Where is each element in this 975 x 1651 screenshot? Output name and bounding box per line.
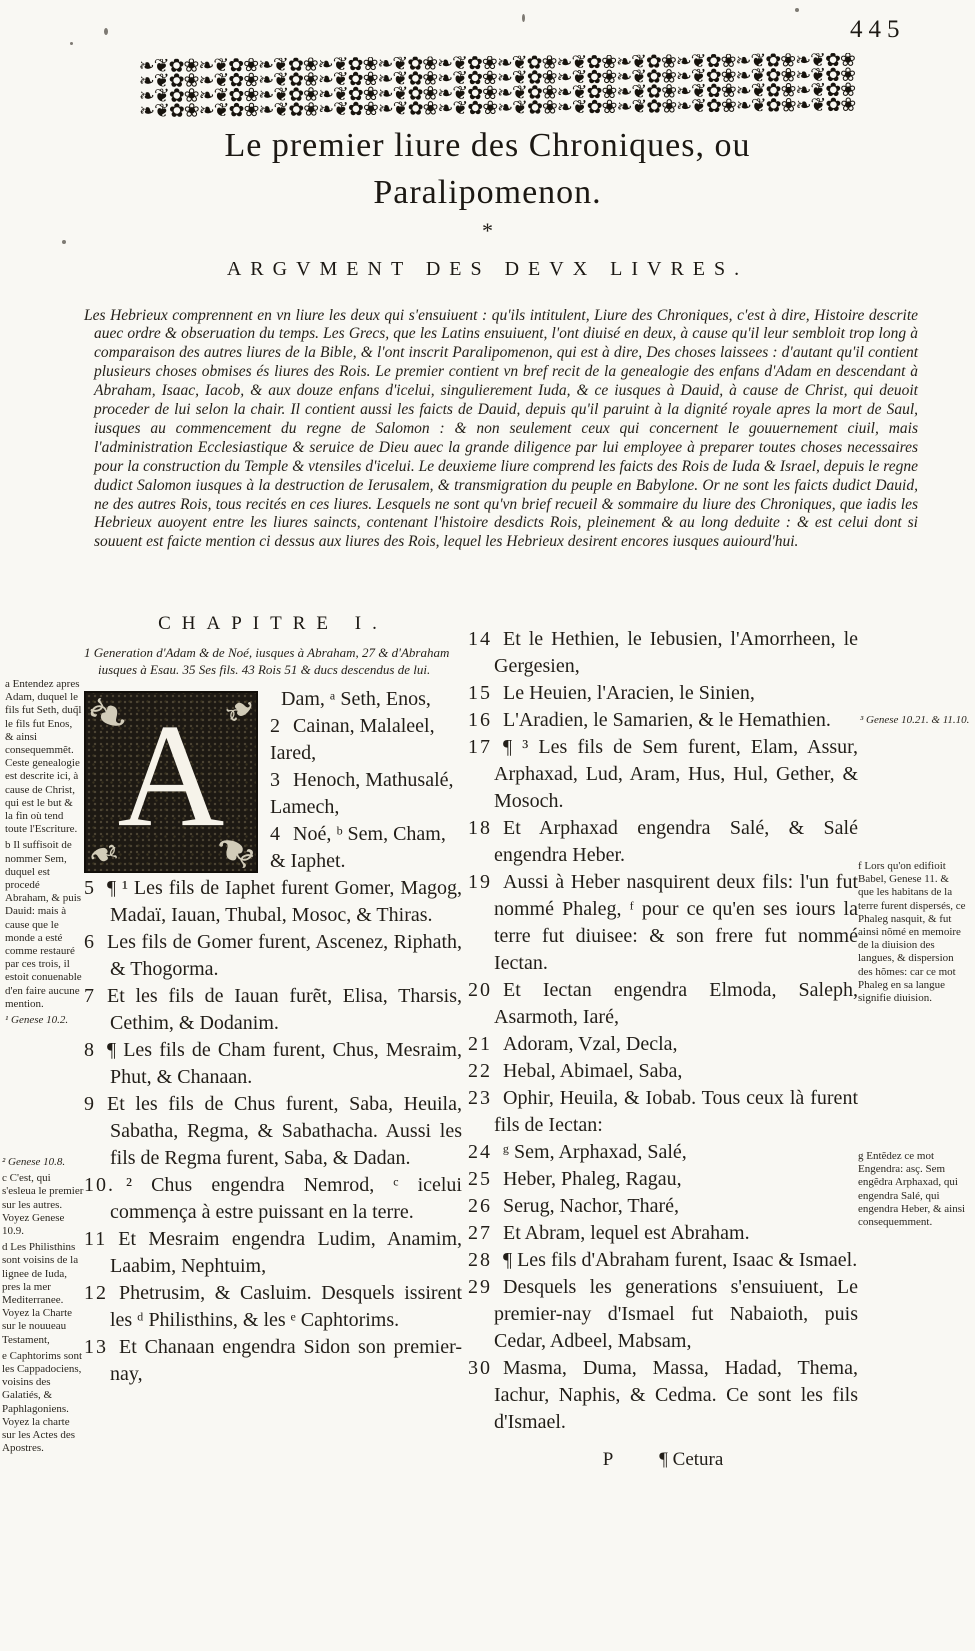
verse-number: 13: [84, 1336, 108, 1358]
right-margin-note-g: g Entẽdez ce mot Engendra: asç. Sem engẽ…: [858, 1150, 966, 1232]
verse-number: 6: [84, 931, 96, 953]
argument-heading: ARGVMENT DES DEVX LIVRES.: [0, 258, 975, 281]
scan-speck: [522, 14, 525, 22]
margin-note-c: c C'est, qui s'esleua le premier sur les…: [2, 1172, 84, 1238]
scan-speck: [70, 42, 73, 45]
verse: 21Adoram, Vzal, Decla,: [468, 1031, 858, 1058]
verse: 10.² Chus engendra Nemrod, ᶜ icelui comm…: [84, 1172, 462, 1226]
verse-text: Adoram, Vzal, Decla,: [503, 1033, 678, 1055]
verse-number: 29: [468, 1276, 492, 1298]
margin-ref-2: ² Genese 10.8.: [2, 1156, 84, 1169]
verse-number: 4: [270, 823, 282, 845]
verse: 7Et les fils de Iauan furẽt, Elisa, Thar…: [84, 983, 462, 1037]
margin-note-g: g Entẽdez ce mot Engendra: asç. Sem engẽ…: [858, 1150, 966, 1229]
verse: 14Et le Hethien, le Iebusien, l'Amorrhee…: [468, 626, 858, 680]
verse-text: Le Heuien, l'Aracien, le Sinien,: [503, 682, 755, 704]
verse-number: 16: [468, 709, 492, 731]
verse-text: Et Chanaan engendra Sidon son premier-na…: [110, 1336, 462, 1385]
verse-number: 5: [84, 877, 96, 899]
verse-number: 28: [468, 1249, 492, 1271]
chapter-summary: 1 Generation d'Adam & de Noé, iusques à …: [84, 645, 462, 678]
verse: 22Hebal, Abimael, Saba,: [468, 1058, 858, 1085]
verse: 23Ophir, Heuila, & Iobab. Tous ceux là f…: [468, 1085, 858, 1139]
margin-note-d: d Les Philisthins sont voisins de la lig…: [2, 1241, 84, 1347]
ornament-band: ❧❦✿❀❧❦✿❀❧❦✿❀❧❦✿❀❧❦✿❀❧❦✿❀❧❦✿❀❧❦✿❀❧❦✿❀❧❦✿❀…: [84, 52, 911, 121]
verse-text: ¶ Les fils d'Abraham furent, Isaac & Ism…: [503, 1249, 857, 1271]
ornament-row: ❧❦✿❀❧❦✿❀❧❦✿❀❧❦✿❀❧❦✿❀❧❦✿❀❧❦✿❀❧❦✿❀❧❦✿❀❧❦✿❀…: [84, 97, 910, 119]
verse: 9Et les fils de Chus furent, Saba, Heuil…: [84, 1091, 462, 1172]
verse-number: 30: [468, 1357, 492, 1379]
page-number: 445: [850, 16, 906, 44]
margin-ref-1: ¹ Genese 10.2.: [5, 1014, 83, 1027]
verse: 18Et Arphaxad engendra Salé, & Salé enge…: [468, 815, 858, 869]
verse: 19Aussi à Heber nasquirent deux fils: l'…: [468, 869, 858, 977]
margin-note-b: b Il suffisoit de nommer Sem, duquel est…: [5, 839, 83, 1011]
dropcap-woodcut: ❧ ❧ ❧ ❧ A: [84, 691, 258, 873]
verse-number: 19: [468, 871, 492, 893]
verse: 13Et Chanaan engendra Sidon son premier-…: [84, 1334, 462, 1388]
verse: 28¶ Les fils d'Abraham furent, Isaac & I…: [468, 1247, 858, 1274]
left-margin-notes-bottom: ² Genese 10.8. c C'est, qui s'esleua le …: [2, 1156, 84, 1458]
verse: 29Desquels les generations s'ensuiuent, …: [468, 1274, 858, 1355]
verse: 26Serug, Nachor, Tharé,: [468, 1193, 858, 1220]
signature-mark: P: [603, 1446, 614, 1473]
verse-number: 7: [84, 985, 96, 1007]
verse-text: Et les fils de Chus furent, Saba, Heuila…: [107, 1093, 462, 1169]
verse-text: Dam, ᵃ Seth, Enos,: [281, 688, 431, 710]
verse-number: 26: [468, 1195, 492, 1217]
verse-number: 23: [468, 1087, 492, 1109]
verse-number: 17: [468, 736, 492, 758]
verse-number: 3: [270, 769, 282, 791]
verse-text: Et Mesraim engendra Ludim, Anamim, Laabi…: [110, 1228, 462, 1277]
catchword: ¶ Cetura: [659, 1446, 723, 1473]
verse-text: ¶ Les fils de Cham furent, Chus, Mesraim…: [107, 1039, 462, 1088]
text-column-right: 14Et le Hethien, le Iebusien, l'Amorrhee…: [468, 612, 858, 1473]
verse-text: Et Abram, lequel est Abraham.: [503, 1222, 750, 1244]
verse-text: ¶ ³ Les fils de Sem furent, Elam, Assur,…: [494, 736, 858, 812]
verse-number: 11: [84, 1228, 107, 1250]
verse-text: Henoch, Mathusalé, Lamech,: [270, 769, 454, 818]
verse-number: 25: [468, 1168, 492, 1190]
footer-line: P ¶ Cetura: [468, 1446, 858, 1473]
argument-body: Les Hebrieux comprennent en vn liure les…: [84, 307, 918, 553]
verse-number: 15: [468, 682, 492, 704]
book-page: 445 ❧❦✿❀❧❦✿❀❧❦✿❀❧❦✿❀❧❦✿❀❧❦✿❀❧❦✿❀❧❦✿❀❧❦✿❀…: [0, 0, 975, 1651]
book-title-line1: Le premier liure des Chroniques, ou: [0, 122, 975, 169]
right-margin-ref: ³ Genese 10.21. & 11.10.: [860, 714, 972, 730]
margin-note-f: f Lors qu'on edifioit Babel, Genese 11. …: [858, 860, 966, 1005]
verse-text: Masma, Duma, Massa, Hadad, Thema, Iachur…: [494, 1357, 858, 1433]
book-title-line2: Paralipomenon.: [0, 169, 975, 216]
verse-text: Aussi à Heber nasquirent deux fils: l'un…: [494, 871, 858, 974]
verse: 15Le Heuien, l'Aracien, le Sinien,: [468, 680, 858, 707]
verse-text: Hebal, Abimael, Saba,: [503, 1060, 682, 1082]
right-margin-note-f: f Lors qu'on edifioit Babel, Genese 11. …: [858, 860, 966, 1008]
chapter-heading: CHAPITRE I.: [84, 610, 462, 637]
verse-number: 8: [84, 1039, 96, 1061]
verse-number: 24: [468, 1141, 492, 1163]
verse: 11Et Mesraim engendra Ludim, Anamim, Laa…: [84, 1226, 462, 1280]
verse-text: Cainan, Malaleel, Iared,: [270, 715, 435, 764]
scan-speck: [795, 8, 799, 12]
verse-number: 27: [468, 1222, 492, 1244]
verse-text: Noé, ᵇ Sem, Cham, & Iaphet.: [270, 823, 446, 872]
verse-text: ² Chus engendra Nemrod, ᶜ icelui commenç…: [110, 1174, 462, 1223]
verse: 25Heber, Phaleg, Ragau,: [468, 1166, 858, 1193]
verse: 20Et Iectan engendra Elmoda, Saleph, Asa…: [468, 977, 858, 1031]
verse-text: ¶ ¹ Les fils de Iaphet furent Gomer, Mag…: [107, 877, 462, 926]
margin-note-a: a Entendez apres Adam, duquel le fils fu…: [5, 678, 83, 836]
verse: 8¶ Les fils de Cham furent, Chus, Mesrai…: [84, 1037, 462, 1091]
margin-note-e: e Caphtorims sont les Cappadociens, vois…: [2, 1350, 84, 1456]
text-column-left: CHAPITRE I. 1 Generation d'Adam & de Noé…: [84, 610, 462, 1388]
verse-number: 12: [84, 1282, 108, 1304]
verse: 12Phetrusim, & Casluim. Desquels issiren…: [84, 1280, 462, 1334]
verse-text: ᵍ Sem, Arphaxad, Salé,: [503, 1141, 687, 1163]
verse: 24ᵍ Sem, Arphaxad, Salé,: [468, 1139, 858, 1166]
verse-text: Ophir, Heuila, & Iobab. Tous ceux là fur…: [494, 1087, 858, 1136]
verse: 6Les fils de Gomer furent, Ascenez, Riph…: [84, 929, 462, 983]
verse-text: Heber, Phaleg, Ragau,: [503, 1168, 682, 1190]
verse-number: 10.: [84, 1174, 115, 1196]
verse-number: 9: [84, 1093, 96, 1115]
verse: 16L'Aradien, le Samarien, & le Hemathien…: [468, 707, 858, 734]
verse-text: Desquels les generations s'ensuiuent, Le…: [494, 1276, 858, 1352]
verse-number: 22: [468, 1060, 492, 1082]
verse: 30Masma, Duma, Massa, Hadad, Thema, Iach…: [468, 1355, 858, 1436]
left-margin-notes-top: a Entendez apres Adam, duquel le fils fu…: [5, 678, 83, 1030]
scan-speck: [104, 28, 108, 35]
verse-text: Et Arphaxad engendra Salé, & Salé engend…: [494, 817, 858, 866]
verse-text: Serug, Nachor, Tharé,: [503, 1195, 679, 1217]
verse-number: 2: [270, 715, 282, 737]
verse: 17¶ ³ Les fils de Sem furent, Elam, Assu…: [468, 734, 858, 815]
verse-number: 20: [468, 979, 492, 1001]
verse-number: 18: [468, 817, 492, 839]
margin-ref-3: ³ Genese 10.21. & 11.10.: [860, 714, 972, 727]
verse-text: Et le Hethien, le Iebusien, l'Amorrheen,…: [494, 628, 858, 677]
verse: 27Et Abram, lequel est Abraham.: [468, 1220, 858, 1247]
dropcap-letter: A: [118, 702, 225, 850]
verse-text: L'Aradien, le Samarien, & le Hemathien.: [503, 709, 831, 731]
verse-number: 21: [468, 1033, 492, 1055]
verse-number: 14: [468, 628, 492, 650]
verse: 5¶ ¹ Les fils de Iaphet furent Gomer, Ma…: [84, 875, 462, 929]
asterisk-ornament: *: [0, 218, 975, 244]
book-title: Le premier liure des Chroniques, ou Para…: [0, 122, 975, 216]
verse-text: Et les fils de Iauan furẽt, Elisa, Thars…: [107, 985, 462, 1034]
verse-text: Phetrusim, & Casluim. Desquels issirent …: [110, 1282, 462, 1331]
verse-text: Les fils de Gomer furent, Ascenez, Ripha…: [107, 931, 462, 980]
verse-text: Et Iectan engendra Elmoda, Saleph, Asarm…: [494, 979, 858, 1028]
